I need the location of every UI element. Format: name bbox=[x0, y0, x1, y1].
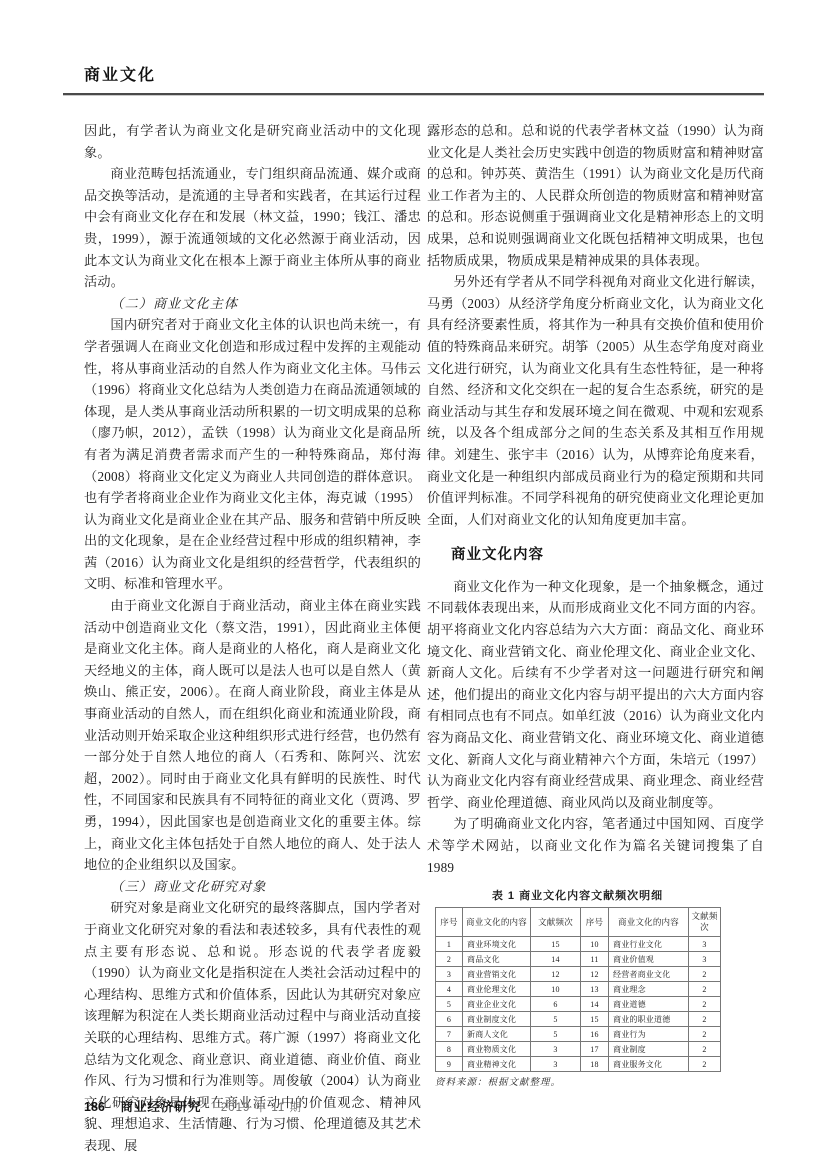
table-header-cell: 商业文化的内容 bbox=[463, 908, 531, 937]
paragraph: 露形态的总和。总和说的代表学者林文益（1990）认为商业文化是人类社会历史实践中… bbox=[427, 120, 764, 271]
table-cell: 商业理念 bbox=[609, 982, 689, 997]
table-header-cell: 序号 bbox=[581, 908, 609, 937]
paragraph: 由于商业文化源自于商业活动，商业主体在商业实践活动中创造商业文化（蔡文浩，199… bbox=[84, 595, 421, 876]
table-cell: 商业精神文化 bbox=[463, 1057, 531, 1072]
table-cell: 12 bbox=[581, 967, 609, 982]
table-row: 8 商业物质文化 3 17 商业制度 2 bbox=[436, 1042, 721, 1057]
table-cell: 6 bbox=[436, 1012, 463, 1027]
paragraph: 另外还有学者从不同学科视角对商业文化进行解读，马勇（2003）从经济学角度分析商… bbox=[427, 271, 764, 530]
table-cell: 商品文化 bbox=[463, 952, 531, 967]
table-cell: 2 bbox=[689, 997, 721, 1012]
table-row: 2 商品文化 14 11 商业价值观 3 bbox=[436, 952, 721, 967]
table-cell: 2 bbox=[689, 1057, 721, 1072]
table-cell: 15 bbox=[581, 1012, 609, 1027]
table-row: 3 商业营销文化 12 12 经营者商业文化 2 bbox=[436, 967, 721, 982]
paragraph: 因此，有学者认为商业文化是研究商业活动中的文化现象。 bbox=[84, 120, 421, 163]
table-cell: 5 bbox=[436, 997, 463, 1012]
table-cell: 7 bbox=[436, 1027, 463, 1042]
table-cell: 18 bbox=[581, 1057, 609, 1072]
table-row: 6 商业制度文化 5 15 商业的职业道德 2 bbox=[436, 1012, 721, 1027]
table-cell: 2 bbox=[689, 982, 721, 997]
table-cell: 1 bbox=[436, 937, 463, 952]
table-cell: 商业行业文化 bbox=[609, 937, 689, 952]
paragraph: 为了明确商业文化内容，笔者通过中国知网、百度学术等学术网站，以商业文化作为篇名关… bbox=[427, 813, 764, 878]
table-cell: 16 bbox=[581, 1027, 609, 1042]
table-cell: 商业道德 bbox=[609, 997, 689, 1012]
table-cell: 3 bbox=[689, 937, 721, 952]
table-cell: 商业行为 bbox=[609, 1027, 689, 1042]
table-cell: 商业营销文化 bbox=[463, 967, 531, 982]
table-header-cell: 文献频次 bbox=[689, 908, 721, 937]
table-cell: 8 bbox=[436, 1042, 463, 1057]
table-cell: 12 bbox=[531, 967, 581, 982]
table-cell: 2 bbox=[689, 967, 721, 982]
table-caption: 表 1 商业文化内容文献频次明细 bbox=[435, 889, 720, 903]
table-cell: 2 bbox=[689, 1027, 721, 1042]
table-cell: 17 bbox=[581, 1042, 609, 1057]
table-row: 7 新商人文化 5 16 商业行为 2 bbox=[436, 1027, 721, 1042]
table-cell: 商业伦理文化 bbox=[463, 982, 531, 997]
table-source-note: 资料来源：根据文献整理。 bbox=[435, 1077, 720, 1089]
section-heading-content: 商业文化内容 bbox=[427, 545, 764, 567]
table-cell: 商业价值观 bbox=[609, 952, 689, 967]
table-row: 1 商业环境文化 15 10 商业行业文化 3 bbox=[436, 937, 721, 952]
table-cell: 11 bbox=[581, 952, 609, 967]
table-cell: 商业服务文化 bbox=[609, 1057, 689, 1072]
table-cell: 2 bbox=[689, 1042, 721, 1057]
table-row: 5 商业企业文化 6 14 商业道德 2 bbox=[436, 997, 721, 1012]
table-cell: 5 bbox=[531, 1012, 581, 1027]
footer: 186 商业经济研究 2019 年 11 期 bbox=[84, 1097, 302, 1115]
paragraph: 商业文化作为一种文化现象，是一个抽象概念，通过不同载体表现出来，从而形成商业文化… bbox=[427, 576, 764, 814]
table-cell: 3 bbox=[436, 967, 463, 982]
table-cell: 14 bbox=[531, 952, 581, 967]
table-cell: 商业制度文化 bbox=[463, 1012, 531, 1027]
table-cell: 商业环境文化 bbox=[463, 937, 531, 952]
table-cell: 商业的职业道德 bbox=[609, 1012, 689, 1027]
masthead-rule-divider bbox=[63, 93, 764, 96]
masthead-title: 商业文化 bbox=[84, 62, 156, 85]
table-cell: 3 bbox=[531, 1042, 581, 1057]
table-cell: 5 bbox=[531, 1027, 581, 1042]
table-cell: 2 bbox=[689, 1012, 721, 1027]
table-block: 表 1 商业文化内容文献频次明细 序号 商业文化的内容 文献频次 序号 商业文化… bbox=[435, 889, 720, 1089]
table-cell: 4 bbox=[436, 982, 463, 997]
journal-name: 商业经济研究 bbox=[120, 1100, 201, 1114]
table-header-row: 序号 商业文化的内容 文献频次 序号 商业文化的内容 文献频次 bbox=[436, 908, 721, 937]
table-header-cell: 商业文化的内容 bbox=[609, 908, 689, 937]
table-cell: 10 bbox=[581, 937, 609, 952]
table-row: 9 商业精神文化 3 18 商业服务文化 2 bbox=[436, 1057, 721, 1072]
column-right: 露形态的总和。总和说的代表学者林文益（1990）认为商业文化是人类社会历史实践中… bbox=[427, 120, 764, 1089]
table-header-cell: 序号 bbox=[436, 908, 463, 937]
column-left: 因此，有学者认为商业文化是研究商业活动中的文化现象。 商业范畴包括流通业，专门组… bbox=[84, 120, 421, 1157]
table-cell: 13 bbox=[581, 982, 609, 997]
table-cell: 3 bbox=[531, 1057, 581, 1072]
table-cell: 商业企业文化 bbox=[463, 997, 531, 1012]
paragraph: 商业范畴包括流通业，专门组织商品流通、媒介或商品交换等活动，是流通的主导者和实践… bbox=[84, 163, 421, 293]
paragraph: 研究对象是商业文化研究的最终落脚点，国内学者对于商业文化研究对象的看法和表述较多… bbox=[84, 897, 421, 1156]
table-cell: 14 bbox=[581, 997, 609, 1012]
literature-frequency-table: 序号 商业文化的内容 文献频次 序号 商业文化的内容 文献频次 1 商业环境文化… bbox=[435, 907, 721, 1072]
table-row: 4 商业伦理文化 10 13 商业理念 2 bbox=[436, 982, 721, 997]
table-cell: 新商人文化 bbox=[463, 1027, 531, 1042]
table-cell: 6 bbox=[531, 997, 581, 1012]
subsection-heading-subject: （二）商业文化主体 bbox=[84, 293, 421, 315]
table-header-cell: 文献频次 bbox=[531, 908, 581, 937]
table-cell: 9 bbox=[436, 1057, 463, 1072]
table-cell: 3 bbox=[689, 952, 721, 967]
issue-label: 2019 年 11 期 bbox=[221, 1102, 302, 1114]
table-cell: 15 bbox=[531, 937, 581, 952]
journal-page: 商业文化 因此，有学者认为商业文化是研究商业活动中的文化现象。 商业范畴包括流通… bbox=[0, 0, 827, 1160]
paragraph: 国内研究者对于商业文化主体的认识也尚未统一，有学者强调人在商业文化创造和形成过程… bbox=[84, 314, 421, 595]
page-number: 186 bbox=[84, 1100, 105, 1114]
table-cell: 商业物质文化 bbox=[463, 1042, 531, 1057]
table-cell: 经营者商业文化 bbox=[609, 967, 689, 982]
subsection-heading-object: （三）商业文化研究对象 bbox=[84, 876, 421, 898]
table-cell: 10 bbox=[531, 982, 581, 997]
table-cell: 商业制度 bbox=[609, 1042, 689, 1057]
table-cell: 2 bbox=[436, 952, 463, 967]
